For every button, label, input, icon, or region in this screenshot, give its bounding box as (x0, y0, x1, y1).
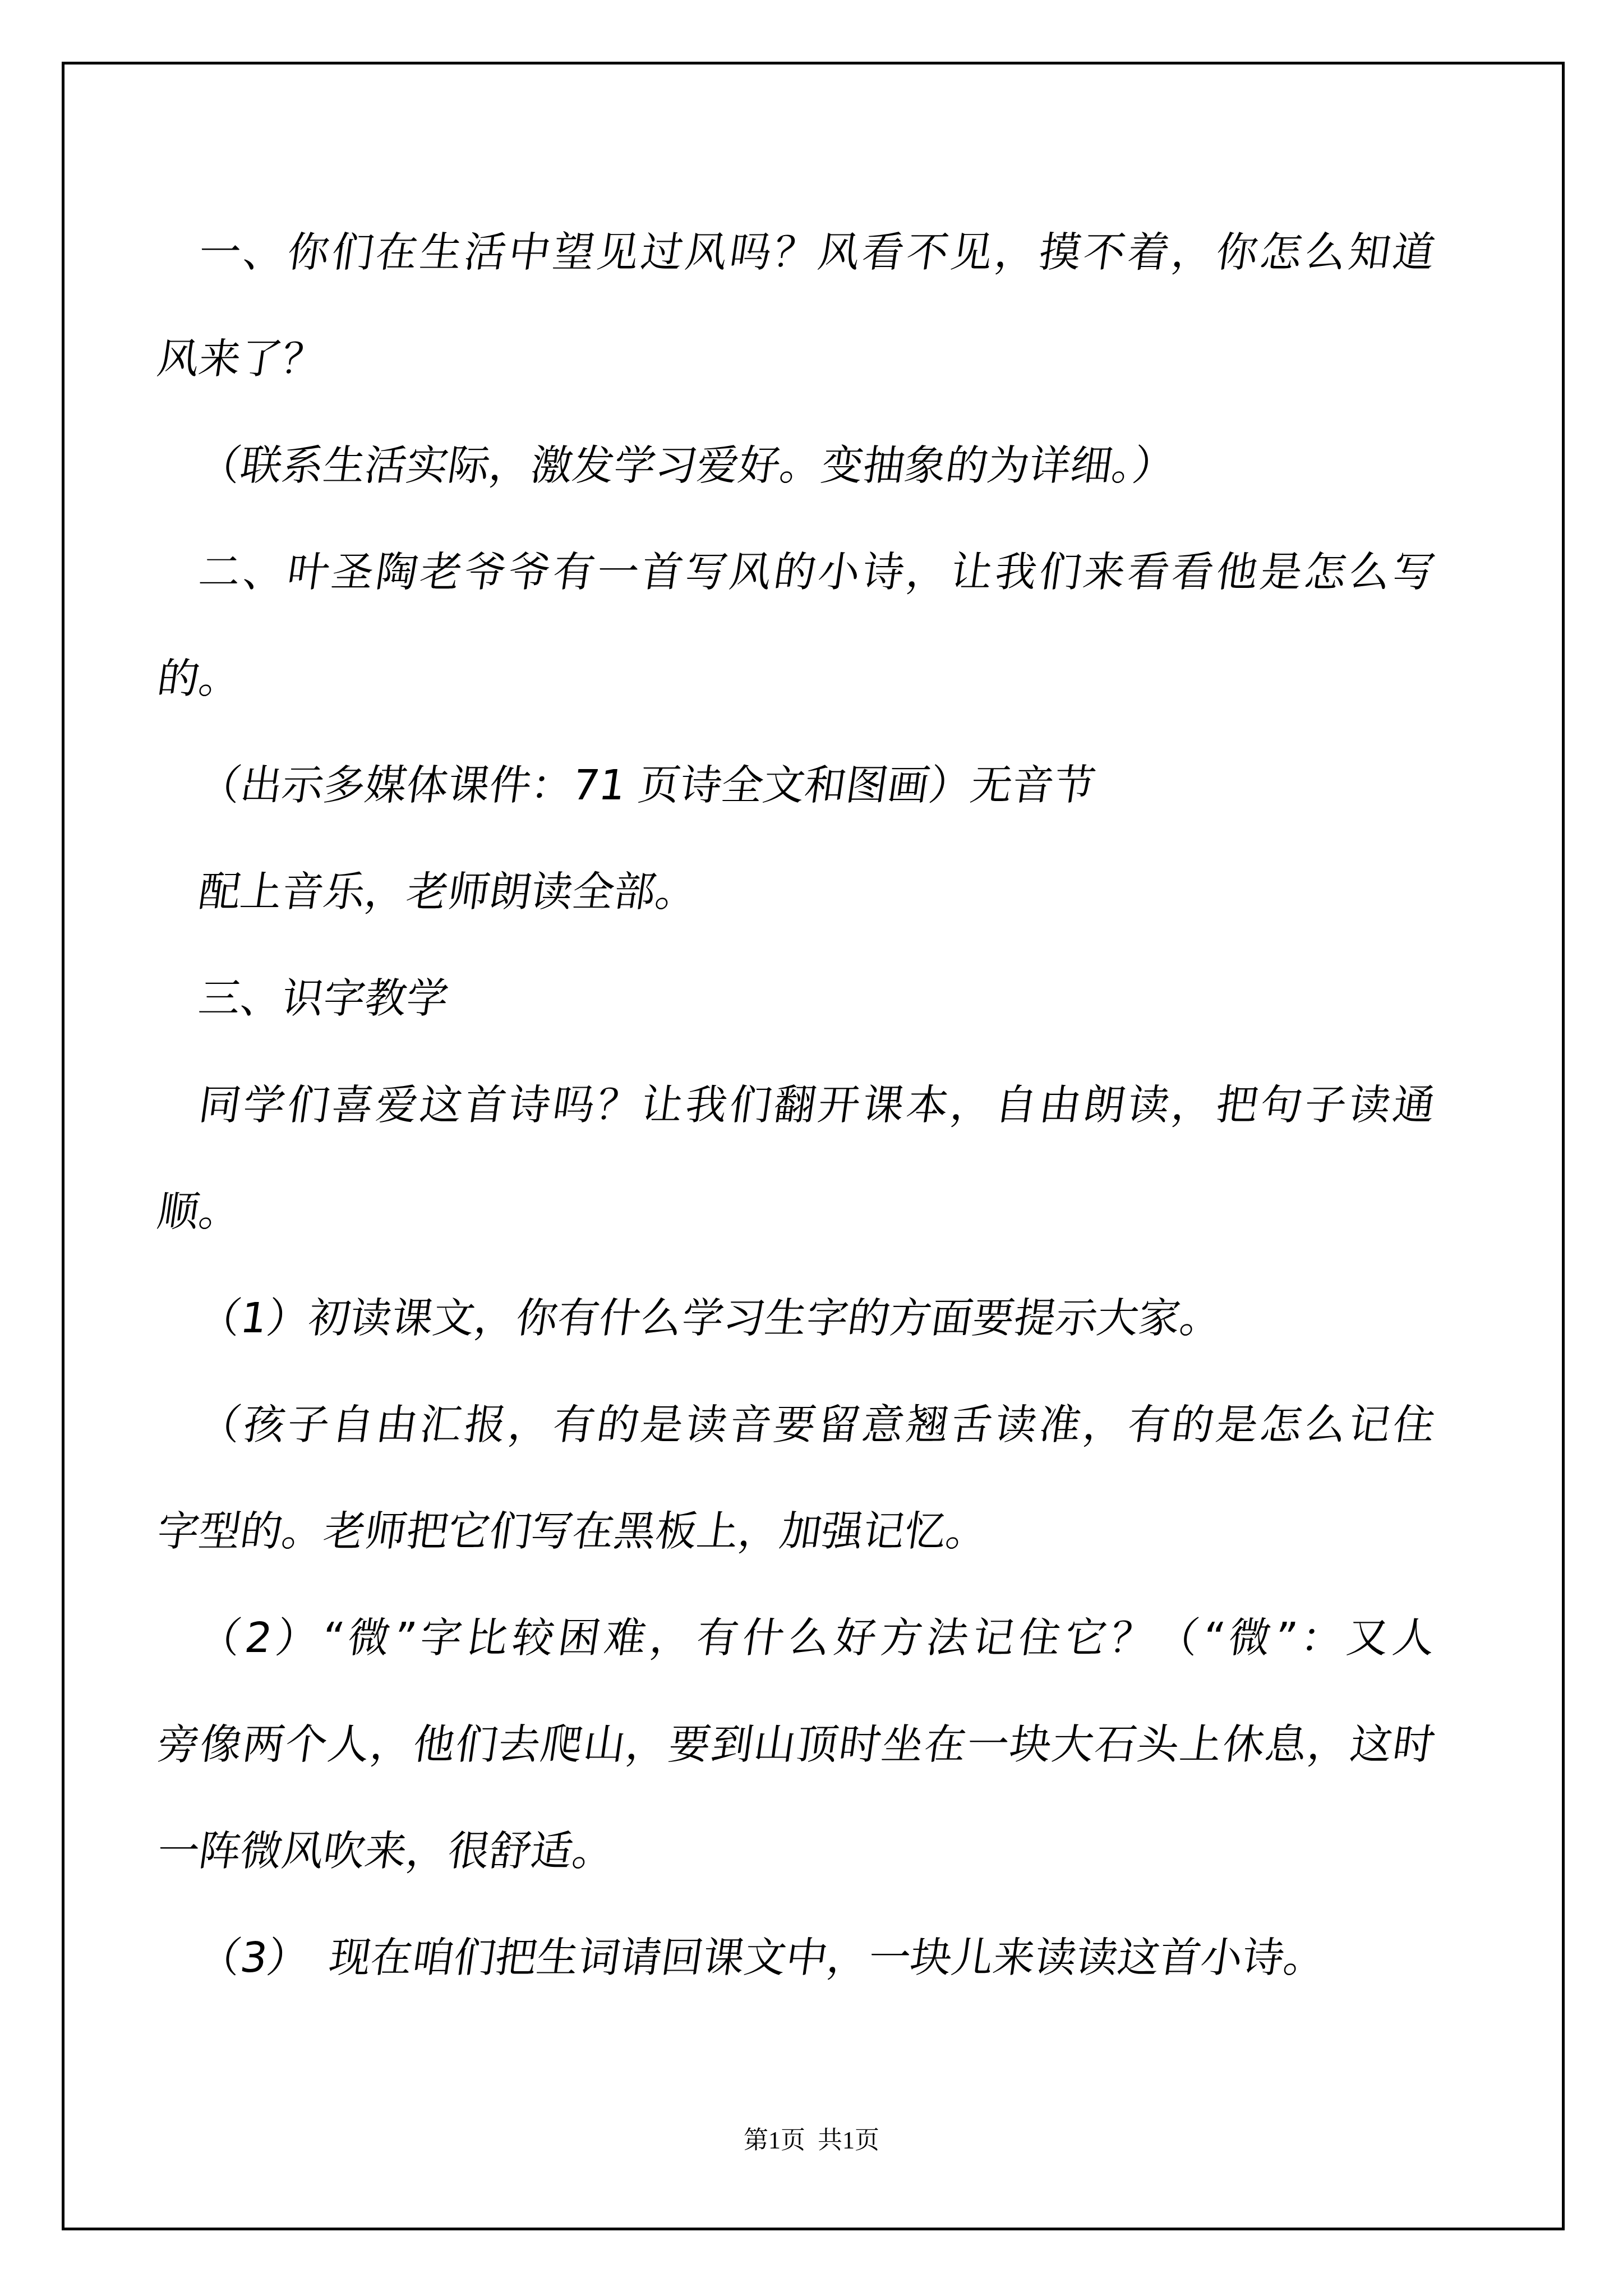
text-line: 风来了？ (150, 306, 1442, 412)
text-line: 字型的。老师把它们写在黑板上，加强记忆。 (150, 1478, 1442, 1585)
text-line: 同学们喜爱这首诗吗？让我们翻开课本，自由朗读，把句子读通 (150, 1052, 1442, 1158)
text-line: 二、叶圣陶老爷爷有一首写风的小诗，让我们来看看他是怎么写 (150, 519, 1442, 625)
text-line: （3） 现在咱们把生词请回课文中，一块儿来读读这首小诗。 (150, 1904, 1442, 2011)
text-line: （出示多媒体课件：71 页诗全文和图画）无音节 (150, 732, 1442, 839)
text-line: 的。 (150, 625, 1442, 732)
text-line: 旁像两个人，他们去爬山，要到山顶时坐在一块大石头上休息，这时 (150, 1691, 1442, 1798)
text-body: 一、你们在生活中望见过风吗？风看不见，摸不着，你怎么知道风来了？（联系生活实际，… (150, 199, 1427, 2011)
text-line: 顺。 (150, 1158, 1442, 1265)
text-line: （联系生活实际，激发学习爱好。变抽象的为详细。） (150, 412, 1442, 519)
text-line: 配上音乐，老师朗读全部。 (150, 839, 1442, 945)
text-line: （2）“微”字比较困难，有什么好方法记住它？（“微”：又人 (150, 1585, 1442, 1691)
text-line: 三、识字教学 (150, 945, 1442, 1052)
text-line: 一、你们在生活中望见过风吗？风看不见，摸不着，你怎么知道 (150, 199, 1442, 306)
text-line: （孩子自由汇报，有的是读音要留意翘舌读准，有的是怎么记住 (150, 1372, 1442, 1478)
page-footer: 第1页 共1页 (0, 2125, 1623, 2156)
text-line: 一阵微风吹来，很舒适。 (150, 1798, 1442, 1904)
text-line: （1）初读课文，你有什么学习生字的方面要提示大家。 (150, 1265, 1442, 1372)
page: { "colors": { "background": "#ffffff", "… (0, 0, 1623, 2296)
